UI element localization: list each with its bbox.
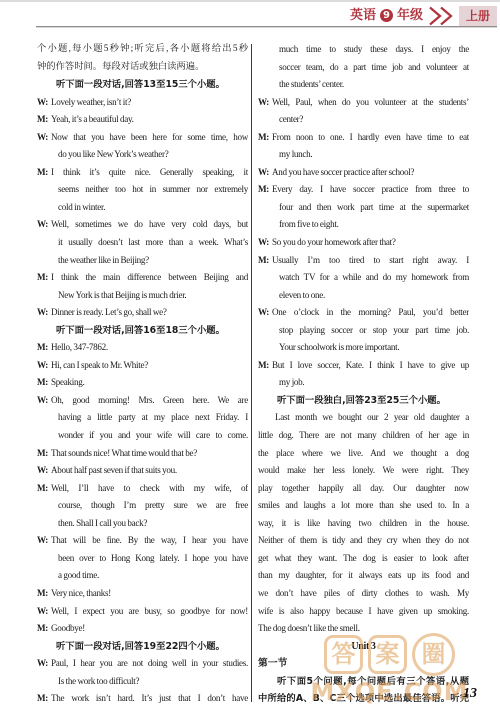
- dialog-line: M:Very nice, thanks!: [37, 585, 248, 603]
- dialog-continuation-line: four and then work part time at the supe…: [258, 199, 469, 217]
- speaker-label: M:: [258, 360, 269, 370]
- speaker-label: M:: [37, 167, 48, 177]
- dialog-line: W:Paul, I hear you are not doing well in…: [37, 655, 248, 673]
- dialog-line: M:Goodbye!: [37, 620, 248, 638]
- unit-heading: Unit 3: [258, 638, 469, 656]
- speaker-label: W:: [37, 219, 48, 229]
- column-divider: [251, 44, 252, 702]
- dialog-continuation-line: wonder if you and your wife will care to…: [37, 427, 248, 445]
- listening-instruction-line: 听下面一段独白,回答23至25三个小题。: [258, 392, 469, 410]
- dialog-continuation-line: then. Shall I call you back?: [37, 515, 248, 533]
- header-grade-word: 年级: [397, 5, 423, 26]
- dialog-continuation-line: from five to eight.: [258, 216, 469, 234]
- grade-number-badge: 9: [380, 9, 393, 22]
- listening-instruction-line: 听下面5个问题,每个问题后有三个答语,从题: [258, 673, 469, 691]
- speaker-label: M:: [37, 693, 48, 703]
- chinese-text-line: 钟的作答时间。每段对话或独白读两遍。: [37, 59, 248, 77]
- speaker-label: W:: [37, 360, 48, 370]
- double-chevron-icon: [427, 6, 455, 26]
- monologue-line: play together happily all day. Our daugh…: [258, 480, 469, 498]
- dialog-line: M:But I love soccer, Kate. I think I hav…: [258, 357, 469, 375]
- speaker-label: M:: [258, 255, 269, 265]
- speaker-label: M:: [37, 623, 48, 633]
- dialog-line: W:Dinner is ready. Let’s go, shall we?: [37, 304, 248, 322]
- dialog-line: W:Hi, can I speak to Mr. White?: [37, 357, 248, 375]
- speaker-label: M:: [258, 184, 269, 194]
- dialog-line: W:Oh, good morning! Mrs. Green here. We …: [37, 392, 248, 410]
- dialog-continuation-line: center?: [258, 111, 469, 129]
- dialog-continuation-line: soccer team, do a part time job and volu…: [258, 59, 469, 77]
- dialog-line: W:Lovely weather, isn’t it?: [37, 94, 248, 112]
- dialog-line: M:Usually I’m too tired to start right a…: [258, 252, 469, 270]
- dialog-continuation-line: New York is that Beijing is much drier.: [37, 287, 248, 305]
- dialog-line: W:So you do your homework after that?: [258, 234, 469, 252]
- dialog-continuation-line: having a little party at my place next F…: [37, 409, 248, 427]
- dialog-line: W:That will be fine. By the way, I hear …: [37, 532, 248, 550]
- dialog-line: M:Yeah, it’s a beautiful day.: [37, 111, 248, 129]
- dialog-line: M:Well, I’ll have to check with my wife,…: [37, 480, 248, 498]
- dialog-continuation-line: do you like New York’s weather?: [37, 146, 248, 164]
- monologue-line: get what they want. The dog is easier to…: [258, 550, 469, 568]
- dialog-continuation-line: much time to study these days. I enjoy t…: [258, 41, 469, 59]
- dialog-line: W:Now that you have been here for some t…: [37, 129, 248, 147]
- dialog-continuation-line: stop playing soccer or stop your part ti…: [258, 322, 469, 340]
- page-header: 英语 9 年级 上册: [350, 5, 497, 26]
- dialog-continuation-line: the weather like in Beijing?: [37, 252, 248, 270]
- header-volume-badge: 上册: [459, 6, 497, 26]
- speaker-label: W:: [258, 237, 269, 247]
- dialog-continuation-line: a good time.: [37, 567, 248, 585]
- monologue-line: the place where we live. And we thought …: [258, 445, 469, 463]
- dialog-line: M:Hello, 347-7862.: [37, 339, 248, 357]
- monologue-line: way, it is like having two children in t…: [258, 515, 469, 533]
- speaker-label: W:: [258, 307, 269, 317]
- dialog-line: M:The work isn’t hard. It’s just that I …: [37, 690, 248, 708]
- dialog-line: W:Well, sometimes we do have very cold d…: [37, 216, 248, 234]
- dialog-line: W:One o’clock in the morning? Paul, you’…: [258, 304, 469, 322]
- speaker-label: W:: [258, 97, 269, 107]
- dialog-continuation-line: been over to Hong Kong lately. I hope yo…: [37, 550, 248, 568]
- monologue-line: little dog. There are not many children …: [258, 427, 469, 445]
- dialog-continuation-line: Is the work too difficult?: [37, 673, 248, 691]
- monologue-line: than my daughter, for it always eats up …: [258, 567, 469, 585]
- speaker-label: M:: [37, 272, 48, 282]
- speaker-label: M:: [258, 132, 269, 142]
- speaker-label: M:: [37, 588, 48, 598]
- monologue-first-line: Last month we bought our 2 year old daug…: [258, 409, 469, 427]
- dialog-continuation-line: eleven to one.: [258, 287, 469, 305]
- speaker-label: M:: [37, 483, 48, 493]
- dialog-line: M:I think the main difference between Be…: [37, 269, 248, 287]
- dialog-line: M:Every day. I have soccer practice from…: [258, 181, 469, 199]
- speaker-label: W:: [258, 167, 269, 177]
- dialog-continuation-line: my job.: [258, 374, 469, 392]
- dialog-line: W:About half past seven if that suits yo…: [37, 462, 248, 480]
- right-column: much time to study these days. I enjoy t…: [258, 41, 469, 708]
- section-heading: 第一节: [258, 655, 469, 673]
- header-subject: 英语: [350, 5, 376, 26]
- page-number: 13: [463, 686, 477, 702]
- left-column: 个小题,每小题5秒钟;听完后,各小题将给出5秒钟的作答时间。每段对话或独白读两遍…: [37, 41, 248, 708]
- speaker-label: W:: [37, 465, 48, 475]
- dialog-line: M:Speaking.: [37, 374, 248, 392]
- speaker-label: W:: [37, 658, 48, 668]
- dialog-continuation-line: watch TV for a while and do my homework …: [258, 269, 469, 287]
- dialog-continuation-line: my lunch.: [258, 146, 469, 164]
- dialog-line: M:That sounds nice! What time would that…: [37, 445, 248, 463]
- listening-instruction-line: 听下面一段对话,回答13至15三个小题。: [37, 76, 248, 94]
- dialog-continuation-line: it usually doesn’t last more than a week…: [37, 234, 248, 252]
- dialog-line: M:I think it’s quite nice. Generally spe…: [37, 164, 248, 182]
- dialog-line: W:And you have soccer practice after sch…: [258, 164, 469, 182]
- dialog-continuation-line: cold in winter.: [37, 199, 248, 217]
- monologue-line: The dog doesn’t like the smell.: [258, 620, 469, 638]
- speaker-label: W:: [37, 395, 48, 405]
- monologue-line: we don’t have piles of dirty clothes to …: [258, 585, 469, 603]
- speaker-label: W:: [37, 606, 48, 616]
- monologue-line: Neither of them is tidy and they cry whe…: [258, 532, 469, 550]
- page-top-edge: [0, 0, 500, 2]
- speaker-label: M:: [37, 448, 48, 458]
- speaker-label: W:: [37, 307, 48, 317]
- dialog-continuation-line: course, though I’m pretty sure we are fr…: [37, 497, 248, 515]
- listening-instruction-line: 中所给的A、B、C三个选项中选出最佳答语。听完: [258, 690, 469, 708]
- monologue-line: would make her less lonely. We were righ…: [258, 462, 469, 480]
- speaker-label: M:: [37, 342, 48, 352]
- speaker-label: M:: [37, 377, 48, 387]
- dialog-line: W:Well, Paul, when do you volunteer at t…: [258, 94, 469, 112]
- dialog-line: M:From noon to one. I hardly even have t…: [258, 129, 469, 147]
- chinese-text-line: 个小题,每小题5秒钟;听完后,各小题将给出5秒: [37, 41, 248, 59]
- monologue-line: wife is also happy because I have given …: [258, 603, 469, 621]
- dialog-continuation-line: the students’ center.: [258, 76, 469, 94]
- listening-instruction-line: 听下面一段对话,回答16至18三个小题。: [37, 322, 248, 340]
- dialog-line: W:Well, I expect you are busy, so goodby…: [37, 603, 248, 621]
- speaker-label: W:: [37, 535, 48, 545]
- speaker-label: W:: [37, 132, 48, 142]
- dialog-continuation-line: Your schoolwork is more important.: [258, 339, 469, 357]
- dialog-continuation-line: seems neither too hot in summer nor extr…: [37, 181, 248, 199]
- listening-instruction-line: 听下面一段对话,回答19至22四个小题。: [37, 638, 248, 656]
- speaker-label: M:: [37, 114, 48, 124]
- monologue-line: smiles and laughs a lot more than she us…: [258, 497, 469, 515]
- speaker-label: W:: [37, 97, 48, 107]
- header-rule: [36, 26, 497, 27]
